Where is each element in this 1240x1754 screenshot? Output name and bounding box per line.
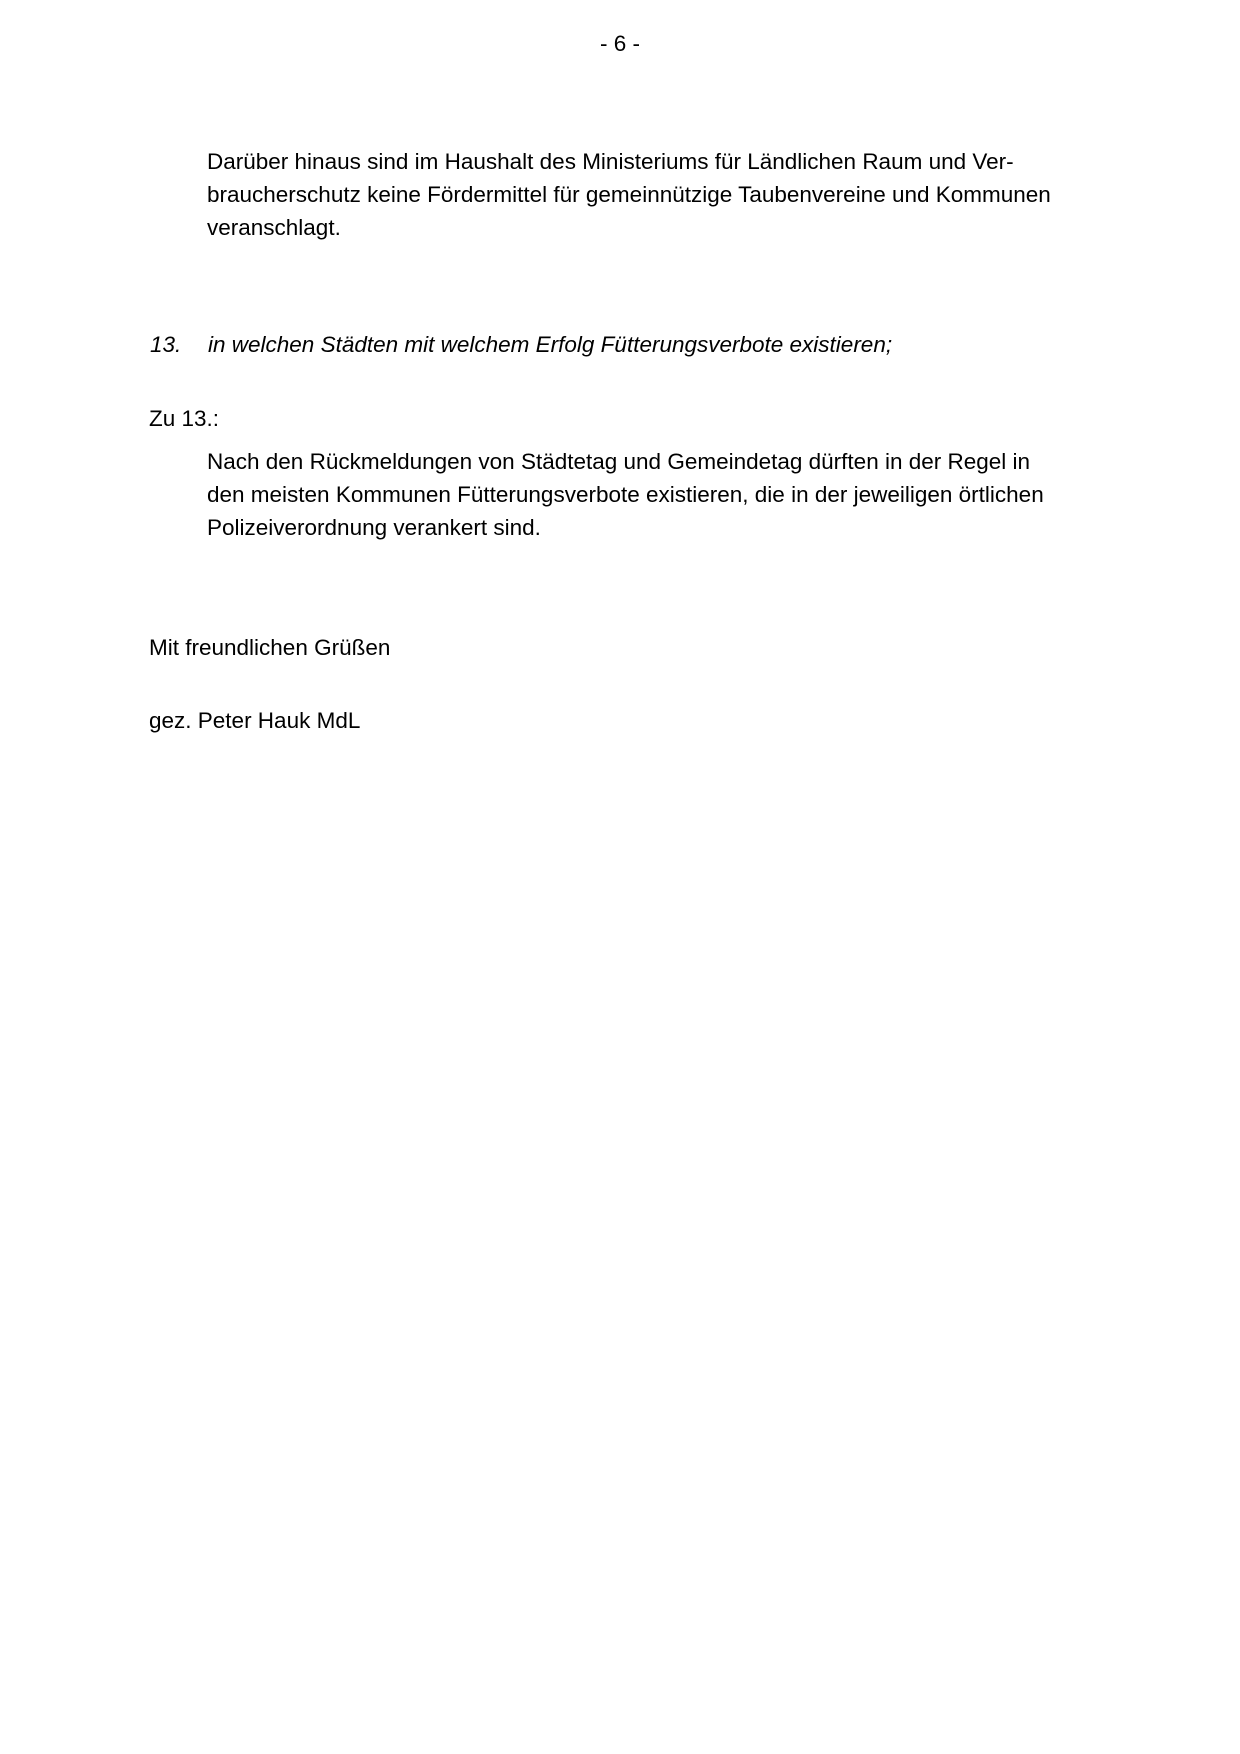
question-text: in welchen Städten mit welchem Erfolg Fü…: [208, 332, 892, 358]
paragraph-funding: Darüber hinaus sind im Haushalt des Mini…: [207, 145, 1167, 244]
paragraph-line: braucherschutz keine Fördermittel für ge…: [207, 178, 1167, 211]
paragraph-line: Nach den Rückmeldungen von Städtetag und…: [207, 445, 1167, 478]
answer-13-text: Nach den Rückmeldungen von Städtetag und…: [207, 445, 1167, 544]
signature: gez. Peter Hauk MdL: [149, 708, 360, 734]
paragraph-line: Polizeiverordnung verankert sind.: [207, 511, 1167, 544]
paragraph-line: veranschlagt.: [207, 211, 1167, 244]
paragraph-line: Darüber hinaus sind im Haushalt des Mini…: [207, 145, 1167, 178]
question-number: 13.: [150, 332, 181, 358]
answer-label: Zu 13.:: [149, 406, 219, 432]
paragraph-line: den meisten Kommunen Fütterungsverbote e…: [207, 478, 1167, 511]
page-number: - 6 -: [0, 31, 1240, 57]
closing-salutation: Mit freundlichen Grüßen: [149, 635, 390, 661]
